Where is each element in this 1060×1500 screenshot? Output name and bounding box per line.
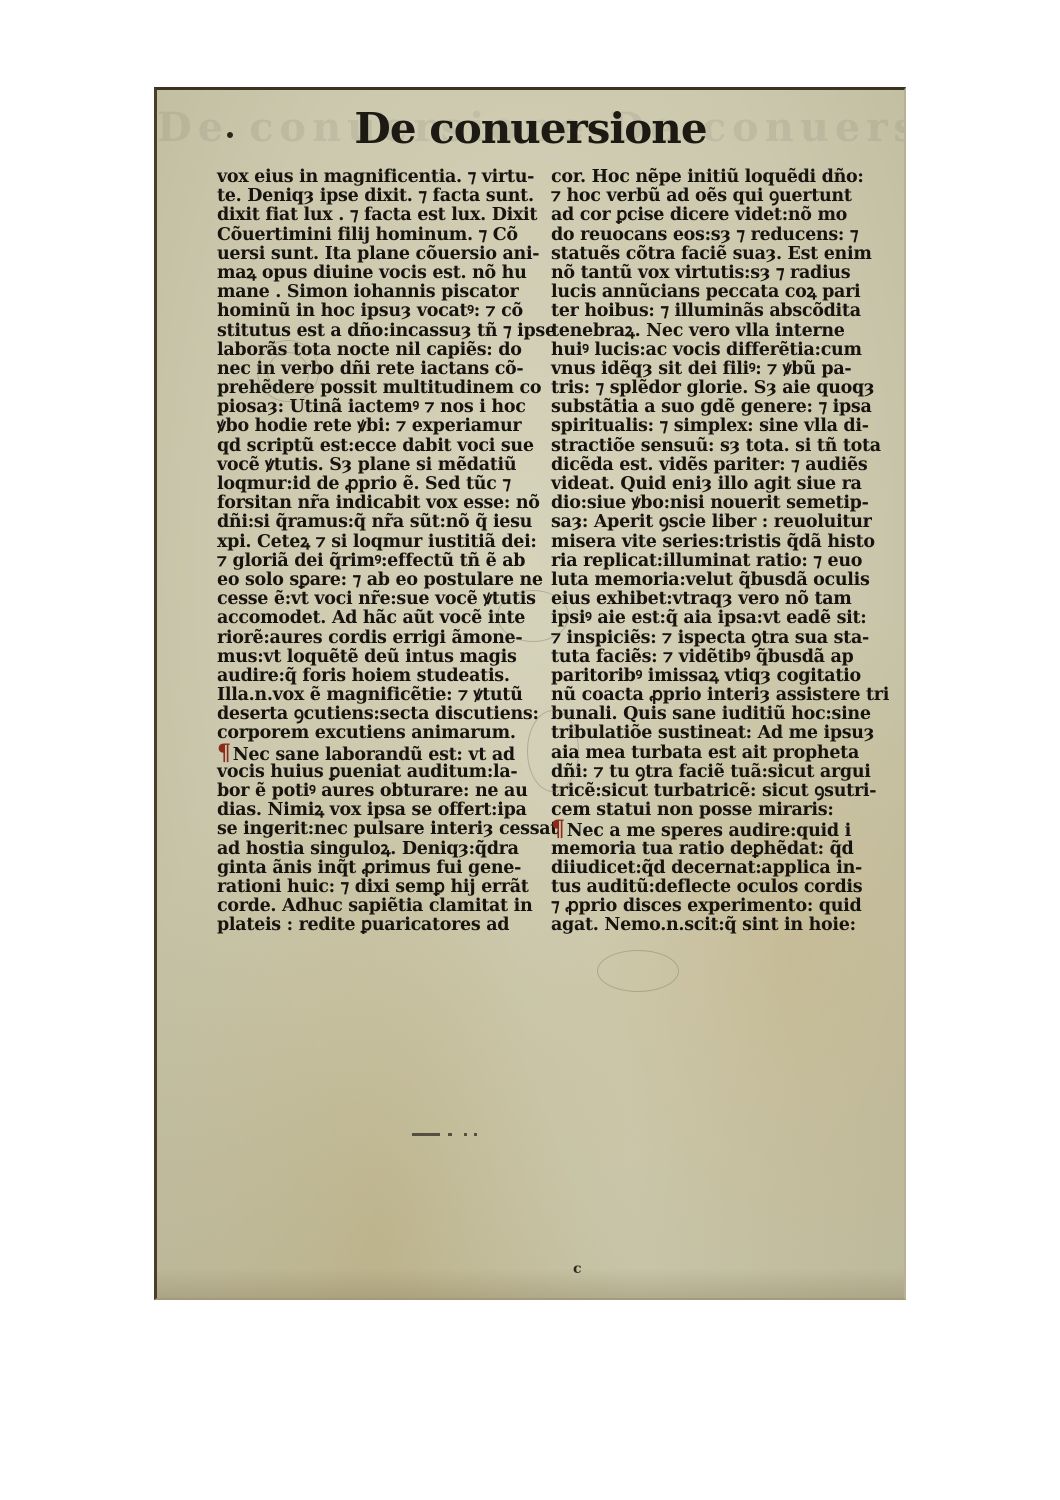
- text-line: cesse ẽ:vt voci nr̃e:sue vocẽ ꝟtutis: [217, 590, 537, 609]
- text-line: audire:q̃ foris hoiem studeatis.: [217, 667, 537, 686]
- text-line: saȝ: Aperit ꝯscie liber : reuoluitur: [551, 513, 881, 532]
- book-page: De conuersione De conuersione De conuers…: [154, 87, 906, 1300]
- text-line: bor ẽ potiꝰ aures obturare: ne au: [217, 782, 537, 801]
- text-line: do reuocans eos:sȝ ⁊ reducens: ⁊: [551, 226, 881, 245]
- text-line: ¶Nec a me speres audire:quid i: [551, 820, 881, 839]
- text-line: cor. Hoc nẽpe initiũ loquẽdi dño:: [551, 168, 881, 187]
- text-line: dicẽda est. vidẽs pariter: ⁊ audiẽs: [551, 456, 881, 475]
- text-line: ꝟbo hodie rete ꝟbi: ⁊ experiamur: [217, 417, 537, 436]
- text-line: ¶Nec sane laborandũ est: vt ad: [217, 744, 537, 763]
- text-line: vox eius in magnificentia. ⁊ virtu-: [217, 168, 537, 187]
- text-line: substãtia a suo gdẽ genere: ⁊ ipsa: [551, 398, 881, 417]
- text-line: forsitan nr̃a indicabit vox esse: nõ: [217, 494, 537, 513]
- text-line: rationi huic: ⁊ dixi semꝑ hij errãt: [217, 878, 537, 897]
- text-line: maꝝ opus diuine vocis est. nõ hu: [217, 264, 537, 283]
- text-line: dñi:si q̃ramus:q̃ nr̃a sũt:nõ q̃ iesu: [217, 513, 537, 532]
- text-line: nũ coacta ꝓprio interiȝ assistere tri: [551, 686, 881, 705]
- text-line: ad cor ꝑcise dicere videt:nõ mo: [551, 206, 881, 225]
- text-line: ⁊ hoc verbũ ad oẽs qui ꝯuertunt: [551, 187, 881, 206]
- text-line: aia mea turbata est ait propheta: [551, 744, 881, 763]
- text-line: memoria tua ratio deꝑhẽdat: q̃d: [551, 840, 881, 859]
- text-line: dixit fiat lux . ⁊ facta est lux. Dixit: [217, 206, 537, 225]
- text-line: huiꝰ lucis:ac vocis differẽtia:cum: [551, 341, 881, 360]
- text-line: ria replicat:illuminat ratio: ⁊ euo: [551, 552, 881, 571]
- text-line: tuta faciẽs: ⁊ vidẽtibꝰ q̃busdã ap: [551, 648, 881, 667]
- stamp-watermark: [597, 950, 679, 992]
- text-line: te. Deniqȝ ipse dixit. ⁊ facta sunt.: [217, 187, 537, 206]
- text-line: tribulatiõe sustineat: Ad me ipsuȝ: [551, 724, 881, 743]
- text-line: uersi sunt. Ita plane cõuersio ani-: [217, 245, 537, 264]
- text-line: hominũ in hoc ipsuȝ vocatꝰ: ⁊ cõ: [217, 302, 537, 321]
- text-line: vocis huius ꝑueniat auditum:la-: [217, 763, 537, 782]
- edge-stain: [157, 1268, 904, 1298]
- text-line: prehẽdere possit multitudinem co: [217, 379, 537, 398]
- text-line: plateis : redite ꝑuaricatores ad: [217, 916, 537, 935]
- text-line: misera vite series:tristis q̃dã histo: [551, 533, 881, 552]
- text-line: vnus idẽqȝ sit dei filiꝰ: ⁊ ꝟbũ pa-: [551, 360, 881, 379]
- text-line: ipsiꝰ aie est:q̃ aia ipsa:vt eadẽ sit:: [551, 609, 881, 628]
- text-line: videat. Quid eniȝ illo agit siue ra: [551, 475, 881, 494]
- text-line: Cõuertimini filij hominum. ⁊ Cõ: [217, 226, 537, 245]
- text-line: statuẽs cõtra faciẽ suaȝ. Est enim: [551, 245, 881, 264]
- text-line: mus:vt loquẽtẽ deũ intus magis: [217, 648, 537, 667]
- text-line: cem statui non posse miraris:: [551, 801, 881, 820]
- text-line: diiudicet:q̃d decernat:applica in-: [551, 859, 881, 878]
- text-line: qd scriptũ est:ecce dabit voci sue: [217, 437, 537, 456]
- running-head: De conuersione: [157, 104, 904, 153]
- text-line: vocẽ ꝟtutis. Sȝ plane si mẽdatiũ: [217, 456, 537, 475]
- text-line: eo solo sꝑare: ⁊ ab eo postulare ne: [217, 571, 537, 590]
- text-line: lucis annũcians peccata coꝝ pari: [551, 283, 881, 302]
- text-line: bunali. Quis sane iuditiũ hoc:sine: [551, 705, 881, 724]
- text-line: nõ tantũ vox virtutis:sȝ ⁊ radius: [551, 264, 881, 283]
- text-line: ⁊ inspiciẽs: ⁊ ispecta ꝯtra sua sta-: [551, 629, 881, 648]
- text-line: se ingerit:nec pulsare interiȝ cessat: [217, 820, 537, 839]
- text-line: deserta ꝯcutiens:secta discutiens:: [217, 705, 537, 724]
- text-line: xpi. Ceteꝝ ⁊ si loqmur iustitiã dei:: [217, 533, 537, 552]
- text-line: tris: ⁊ splẽdor glorie. Sȝ aie quoqȝ: [551, 379, 881, 398]
- text-line: accomodet. Ad hãc aũt vocẽ inte: [217, 609, 537, 628]
- text-line: eius exhibet:vtraqȝ vero nõ tam: [551, 590, 881, 609]
- text-line: ⁊ ꝓprio disces experimento: quid: [551, 897, 881, 916]
- text-line: nec in verbo dñi rete iactans cõ-: [217, 360, 537, 379]
- text-line: dias. Nimiꝝ vox ipsa se offert:ipa: [217, 801, 537, 820]
- text-line: loqmur:id de ꝓprio ẽ. Sed tũc ⁊: [217, 475, 537, 494]
- text-line: ad hostia singuloꝝ. Deniqȝ:q̃dra: [217, 840, 537, 859]
- text-column-left: vox eius in magnificentia. ⁊ virtu-te. D…: [217, 168, 537, 936]
- text-line: tricẽ:sicut turbatricẽ: sicut ꝯsutri-: [551, 782, 881, 801]
- text-line: luta memoria:velut q̃busdã oculis: [551, 571, 881, 590]
- text-line: Illa.n.vox ẽ magnificẽtie: ⁊ ꝟtutũ: [217, 686, 537, 705]
- text-line: piosaȝ: Utinã iactemꝰ ⁊ nos i hoc: [217, 398, 537, 417]
- text-line: spiritualis: ⁊ simplex: sine vlla di-: [551, 417, 881, 436]
- text-line: corporem excutiens animarum.: [217, 724, 537, 743]
- text-line: ginta ãnis inq̃t ꝓrimus fui gene-: [217, 859, 537, 878]
- text-line: riorẽ:aures cordis errigi ãmone-: [217, 629, 537, 648]
- text-line: agat. Nemo.n.scit:q̃ sint in hoie:: [551, 916, 881, 935]
- text-line: stractiõe sensuũ: sȝ tota. si tñ tota: [551, 437, 881, 456]
- text-column-right: cor. Hoc nẽpe initiũ loquẽdi dño:⁊ hoc v…: [551, 168, 881, 936]
- text-line: ter hoibus: ⁊ illuminãs abscõdita: [551, 302, 881, 321]
- footer-rule: [412, 1133, 484, 1136]
- text-line: paritoribꝰ imissaꝝ vtiqȝ cogitatio: [551, 667, 881, 686]
- text-line: corde. Adhuc sapiẽtia clamitat in: [217, 897, 537, 916]
- text-line: stitutus est a dño:incassuȝ tñ ⁊ ipse: [217, 322, 537, 341]
- text-line: tenebraꝝ. Nec vero vlla interne: [551, 322, 881, 341]
- text-line: dio:siue ꝟbo:nisi nouerit semetip-: [551, 494, 881, 513]
- text-line: ⁊ gloriã dei q̃rimꝰ:effectũ tñ ẽ ab: [217, 552, 537, 571]
- text-line: mane . Simon iohannis piscator: [217, 283, 537, 302]
- text-line: laborãs tota nocte nil capiẽs: do: [217, 341, 537, 360]
- text-line: tus auditũ:deflecte oculos cordis: [551, 878, 881, 897]
- text-line: dñi: ⁊ tu ꝯtra faciẽ tuã:sicut argui: [551, 763, 881, 782]
